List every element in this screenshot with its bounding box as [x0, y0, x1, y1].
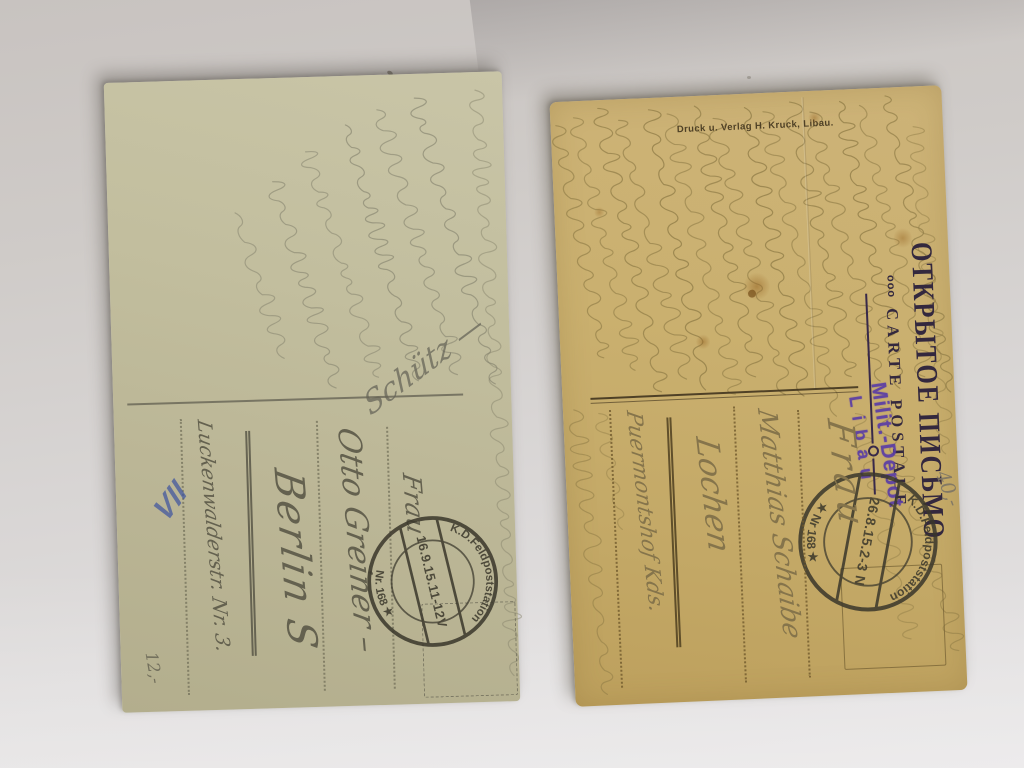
dust-speck [747, 76, 751, 79]
photo-backdrop: Schütz — Frau Otto Greiner – Berlin S Lu… [0, 0, 1024, 768]
address-rule [180, 419, 190, 695]
address-line-3: Berlin S [264, 466, 326, 654]
dealer-price-note: 12,- [142, 650, 166, 685]
address-line-3: Lochen [688, 435, 738, 555]
postcard-left: Schütz — Frau Otto Greiner – Berlin S Lu… [104, 71, 521, 713]
censor-mark: VII [148, 474, 194, 529]
postcard-right: Druck u. Verlag H. Kruck, Libau. ОТКРЫТО… [549, 85, 967, 707]
postcard-divider-line [127, 394, 463, 405]
address-underline [245, 431, 257, 656]
message-handwriting-right [941, 85, 967, 689]
address-line-4: Luckenwalderstr. Nr. 3. [192, 418, 235, 654]
heading-ornament-ooo: ooo [884, 275, 897, 299]
